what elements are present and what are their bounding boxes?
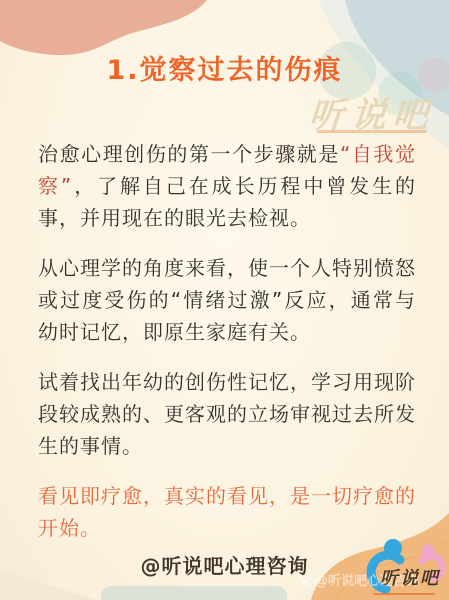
sage-rectangle-decoration bbox=[101, 586, 287, 600]
paragraph-1-rest: ，了解自己在成长历程中曾发生的事，并用现在的眼光去检视。 bbox=[38, 174, 416, 230]
body-text: 治愈心理创伤的第一个步骤就是“自我觉察”，了解自己在成长历程中曾发生的事，并用现… bbox=[38, 138, 416, 562]
paragraph-3: 试着找出年幼的创伤性记忆，学习用现阶段较成熟的、更客观的立场审视过去所发生的事情… bbox=[38, 366, 416, 462]
paragraph-1-text: 治愈心理创伤的第一个步骤就是 bbox=[38, 142, 340, 166]
paragraph-1: 治愈心理创伤的第一个步骤就是“自我觉察”，了解自己在成长历程中曾发生的事，并用现… bbox=[38, 138, 416, 234]
brand-wordmark-subtext-line bbox=[373, 593, 435, 595]
top-watermark-subtext-line bbox=[317, 130, 427, 133]
footer-handle: @听说吧心理咨询 bbox=[0, 550, 449, 579]
page-title: 1.觉察过去的伤痕 bbox=[0, 48, 449, 87]
paragraph-2: 从心理学的角度来看，使一个人特别愤怒或过度受伤的“情绪过激”反应，通常与幼时记忆… bbox=[38, 252, 416, 348]
psychology-poster-card: 听说吧 1.觉察过去的伤痕 治愈心理创伤的第一个步骤就是“自我觉察”，了解自己在… bbox=[0, 0, 449, 600]
